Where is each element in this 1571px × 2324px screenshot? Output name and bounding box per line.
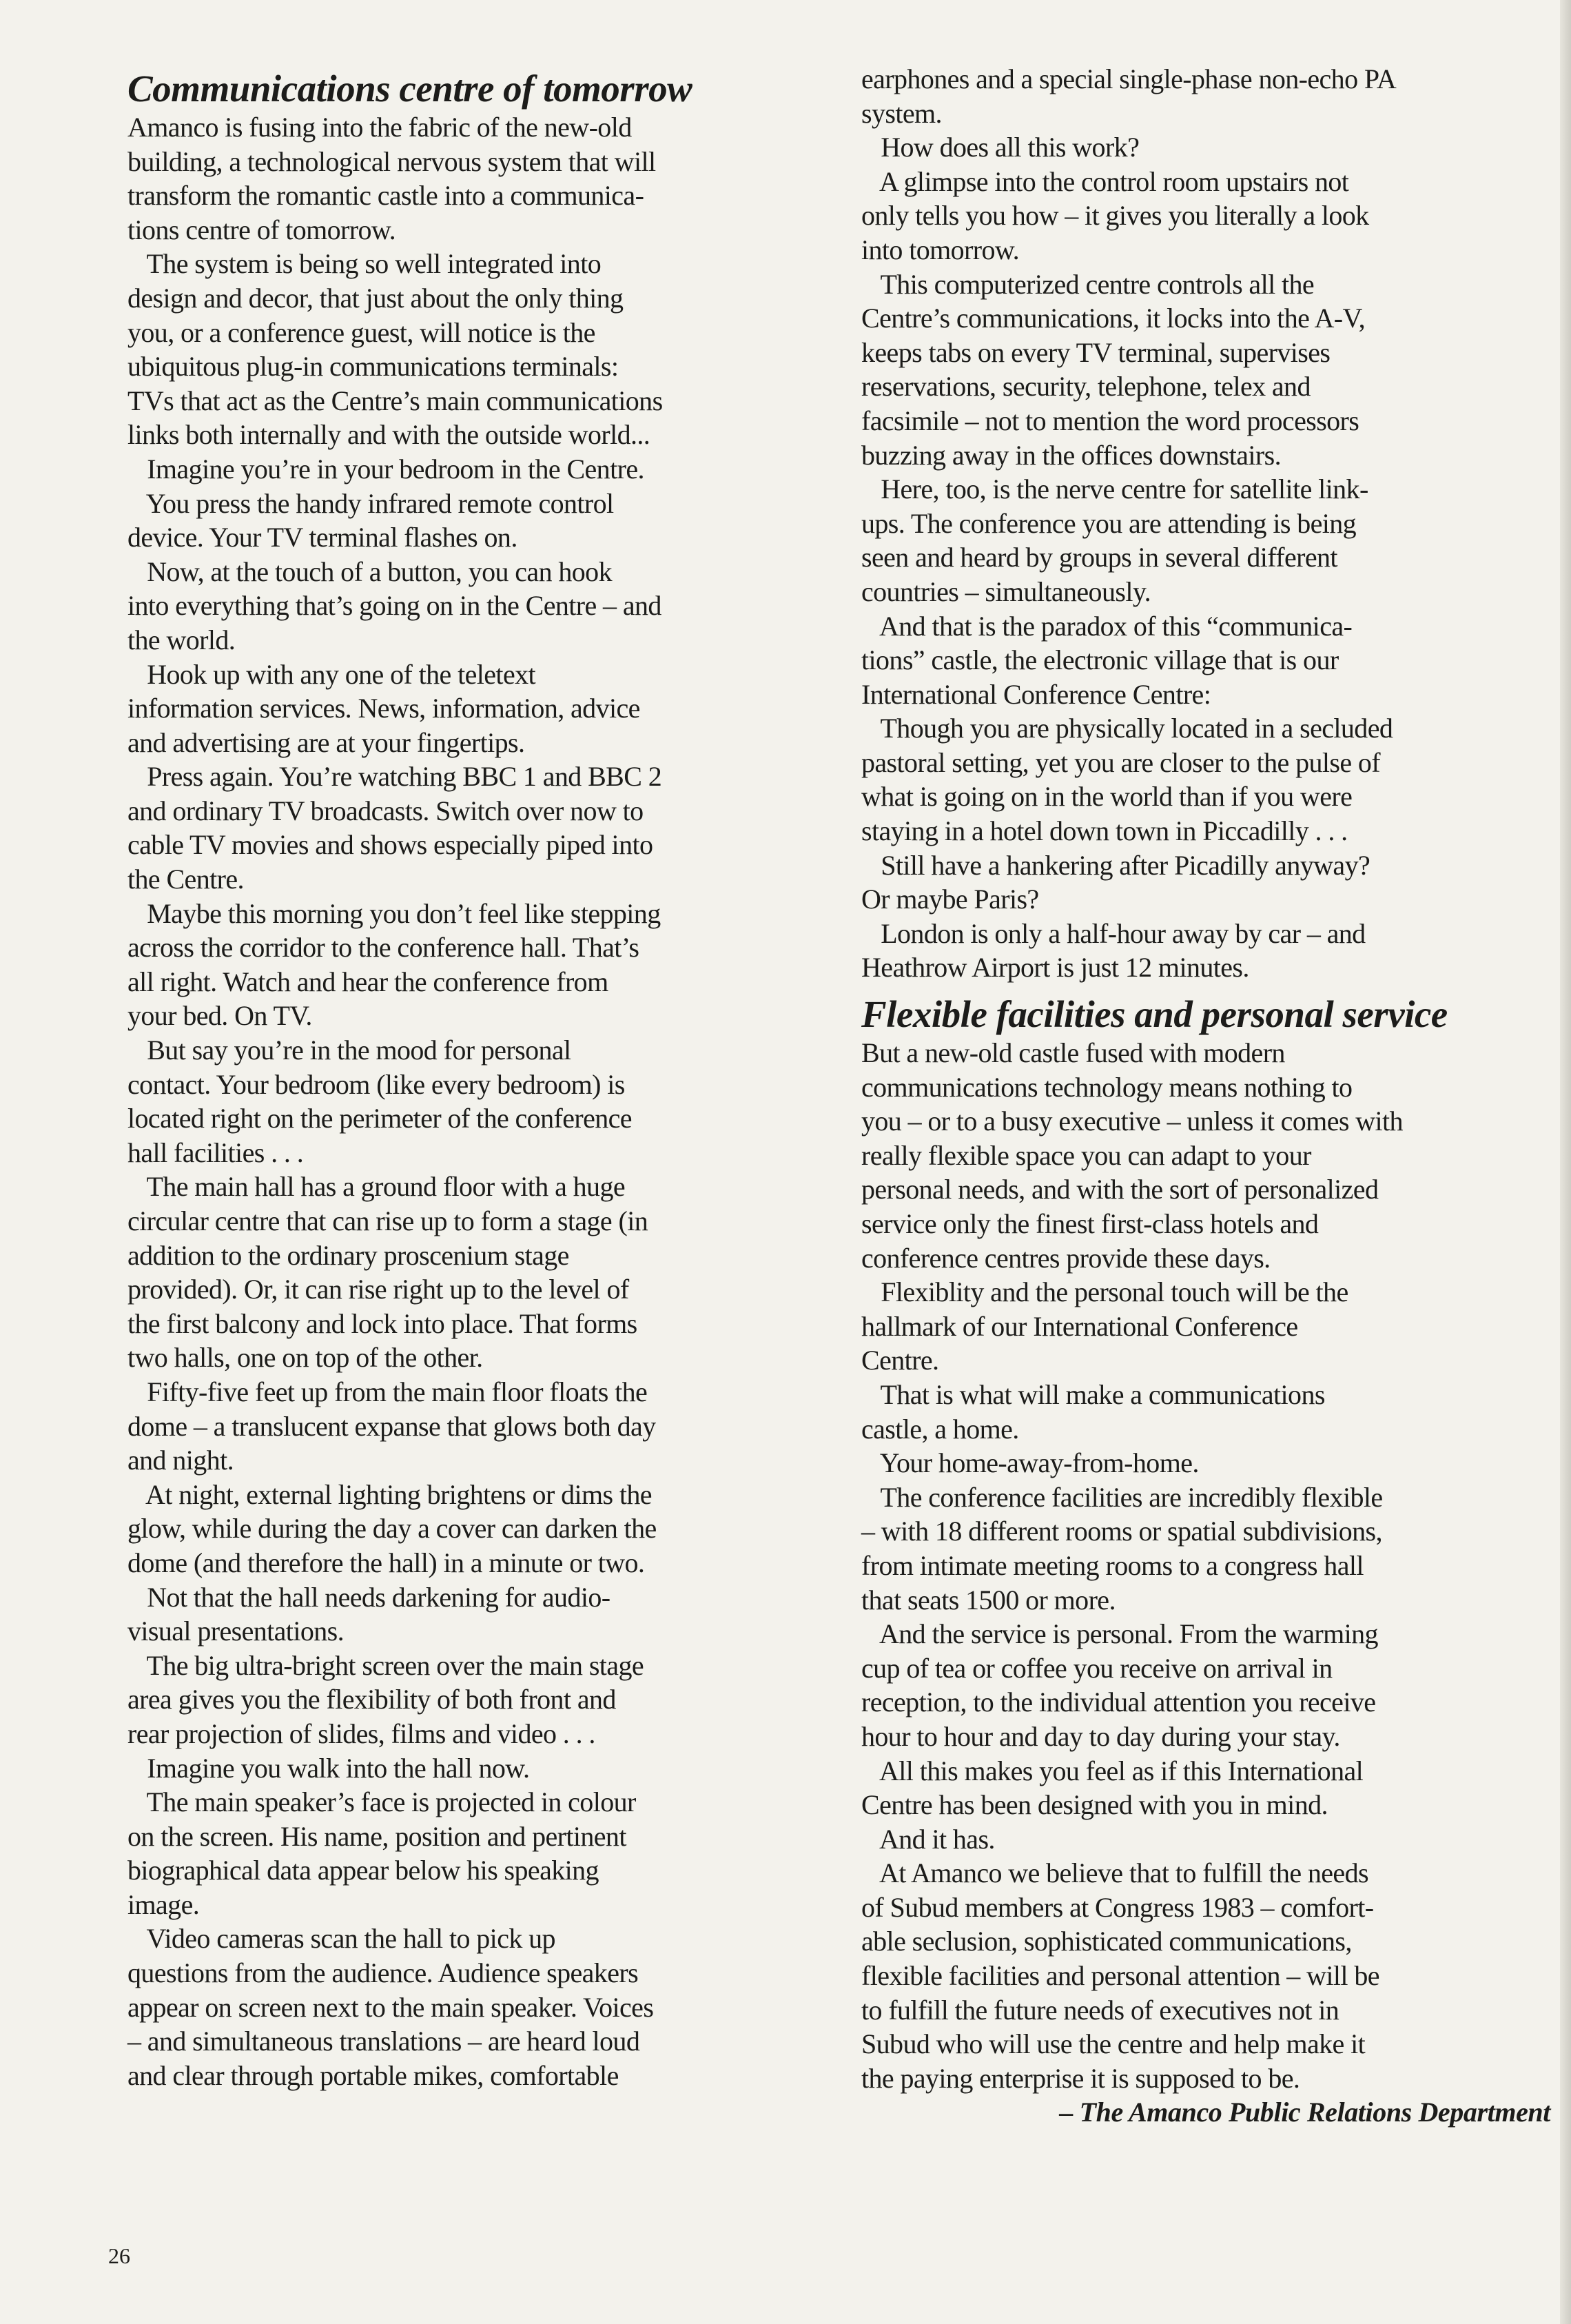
text-line: able seclusion, sophisticated communicat… (861, 1924, 1550, 1959)
text-line: appear on screen next to the main speake… (127, 1990, 823, 2025)
text-line: links both internally and with the outsi… (127, 418, 823, 452)
text-line: building, a technological nervous system… (127, 145, 823, 179)
text-line: rear projection of slides, films and vid… (127, 1717, 823, 1751)
text-line: earphones and a special single-phase non… (861, 62, 1550, 96)
text-line: Amanco is fusing into the fabric of the … (127, 110, 823, 145)
page-edge (1560, 0, 1571, 2324)
text-line: located right on the perimeter of the co… (127, 1101, 823, 1136)
text-line: to fulfill the future needs of executive… (861, 1993, 1550, 2028)
text-line: Still have a hankering after Picadilly a… (861, 848, 1550, 883)
section-heading-flexible-facilities: Flexible facilities and personal service (861, 993, 1550, 1036)
text-line: area gives you the flexibility of both f… (127, 1682, 823, 1717)
text-line: hall facilities . . . (127, 1136, 823, 1170)
text-line: London is only a half-hour away by car –… (861, 917, 1550, 951)
text-line: glow, while during the day a cover can d… (127, 1511, 823, 1546)
text-line: two halls, one on top of the other. (127, 1341, 823, 1375)
text-line: keeps tabs on every TV terminal, supervi… (861, 336, 1550, 370)
text-line: Imagine you walk into the hall now. (127, 1751, 823, 1786)
text-line: Centre has been designed with you in min… (861, 1788, 1550, 1822)
text-line: service only the finest first-class hote… (861, 1207, 1550, 1241)
text-line: seen and heard by groups in several diff… (861, 540, 1550, 575)
text-line: At night, external lighting brightens or… (127, 1478, 823, 1512)
text-line: and ordinary TV broadcasts. Switch over … (127, 794, 823, 828)
text-line: flexible facilities and personal attenti… (861, 1959, 1550, 1993)
text-line: hour to hour and day to day during your … (861, 1720, 1550, 1754)
text-line: biographical data appear below his speak… (127, 1853, 823, 1888)
text-line: That is what will make a communications (861, 1378, 1550, 1412)
text-line: Here, too, is the nerve centre for satel… (861, 472, 1550, 507)
text-line: Though you are physically located in a s… (861, 711, 1550, 746)
text-line: Centre’s communications, it locks into t… (861, 301, 1550, 336)
text-line: your bed. On TV. (127, 999, 823, 1033)
text-line: communications technology means nothing … (861, 1070, 1550, 1105)
text-line: across the corridor to the conference ha… (127, 930, 823, 965)
text-line: Your home-away-from-home. (861, 1446, 1550, 1480)
text-line: reception, to the individual attention y… (861, 1685, 1550, 1720)
text-line: dome (and therefore the hall) in a minut… (127, 1546, 823, 1580)
right-column-body-bottom: But a new-old castle fused with modernco… (861, 1036, 1550, 2095)
text-line: Maybe this morning you don’t feel like s… (127, 897, 823, 931)
section-heading-communications: Communications centre of tomorrow (127, 68, 823, 110)
text-line: pastoral setting, yet you are closer to … (861, 746, 1550, 780)
page-number: 26 (108, 2243, 130, 2269)
text-line: that seats 1500 or more. (861, 1583, 1550, 1618)
text-line: dome – a translucent expanse that glows … (127, 1409, 823, 1444)
text-line: International Conference Centre: (861, 677, 1550, 712)
text-line: The system is being so well integrated i… (127, 247, 823, 281)
text-line: buzzing away in the offices downstairs. (861, 438, 1550, 473)
text-line: Video cameras scan the hall to pick up (127, 1922, 823, 1956)
text-line: circular centre that can rise up to form… (127, 1204, 823, 1239)
text-line: How does all this work? (861, 130, 1550, 165)
text-line: facsimile – not to mention the word proc… (861, 404, 1550, 438)
text-line: Or maybe Paris? (861, 882, 1550, 917)
text-line: image. (127, 1888, 823, 1922)
text-line: transform the romantic castle into a com… (127, 179, 823, 213)
text-line: – and simultaneous translations – are he… (127, 2024, 823, 2059)
text-line: All this makes you feel as if this Inter… (861, 1754, 1550, 1788)
text-line: you, or a conference guest, will notice … (127, 316, 823, 350)
text-line: Hook up with any one of the teletext (127, 658, 823, 692)
text-line: the Centre. (127, 862, 823, 897)
left-column: Communications centre of tomorrow Amanco… (127, 68, 823, 2092)
text-line: And that is the paradox of this “communi… (861, 609, 1550, 644)
text-line: Not that the hall needs darkening for au… (127, 1580, 823, 1615)
text-line: And it has. (861, 1822, 1550, 1857)
text-line: personal needs, and with the sort of per… (861, 1172, 1550, 1207)
text-line: countries – simultaneously. (861, 575, 1550, 609)
text-line: provided). Or, it can rise right up to t… (127, 1272, 823, 1307)
text-line: addition to the ordinary proscenium stag… (127, 1239, 823, 1273)
text-line: Fifty-five feet up from the main floor f… (127, 1375, 823, 1409)
text-line: Now, at the touch of a button, you can h… (127, 555, 823, 589)
text-line: A glimpse into the control room upstairs… (861, 165, 1550, 199)
text-line: Flexiblity and the personal touch will b… (861, 1275, 1550, 1309)
text-line: The main speaker’s face is projected in … (127, 1785, 823, 1820)
text-line: The main hall has a ground floor with a … (127, 1170, 823, 1204)
text-line: cup of tea or coffee you receive on arri… (861, 1651, 1550, 1686)
text-line: information services. News, information,… (127, 691, 823, 726)
text-line: Subud who will use the centre and help m… (861, 2027, 1550, 2061)
right-column-body-top: earphones and a special single-phase non… (861, 62, 1550, 985)
text-line: staying in a hotel down town in Piccadil… (861, 814, 1550, 848)
text-line: TVs that act as the Centre’s main commun… (127, 384, 823, 418)
text-line: Heathrow Airport is just 12 minutes. (861, 950, 1550, 985)
text-line: on the screen. His name, position and pe… (127, 1820, 823, 1854)
text-line: reservations, security, telephone, telex… (861, 369, 1550, 404)
left-column-body: Amanco is fusing into the fabric of the … (127, 110, 823, 2092)
text-line: At Amanco we believe that to fulfill the… (861, 1856, 1550, 1890)
text-line: ubiquitous plug-in communications termin… (127, 349, 823, 384)
text-line: into tomorrow. (861, 233, 1550, 267)
text-line: tions” castle, the electronic village th… (861, 643, 1550, 677)
text-line: ups. The conference you are attending is… (861, 507, 1550, 541)
text-line: all right. Watch and hear the conference… (127, 965, 823, 999)
text-line: The big ultra-bright screen over the mai… (127, 1649, 823, 1683)
text-line: Centre. (861, 1343, 1550, 1378)
text-line: hallmark of our International Conference (861, 1309, 1550, 1344)
text-line: And the service is personal. From the wa… (861, 1617, 1550, 1651)
text-line: questions from the audience. Audience sp… (127, 1956, 823, 1990)
text-line: really flexible space you can adapt to y… (861, 1139, 1550, 1173)
text-line: the paying enterprise it is supposed to … (861, 2061, 1550, 2096)
text-line: the first balcony and lock into place. T… (127, 1307, 823, 1341)
text-line: castle, a home. (861, 1412, 1550, 1447)
text-line: system. (861, 96, 1550, 131)
text-line: the world. (127, 623, 823, 658)
text-line: conference centres provide these days. (861, 1241, 1550, 1276)
text-line: contact. Your bedroom (like every bedroo… (127, 1068, 823, 1102)
text-line: device. Your TV terminal flashes on. (127, 520, 823, 555)
text-line: visual presentations. (127, 1614, 823, 1649)
text-line: and night. (127, 1443, 823, 1478)
text-line: of Subud members at Congress 1983 – comf… (861, 1890, 1550, 1925)
text-line: But a new-old castle fused with modern (861, 1036, 1550, 1070)
text-line: tions centre of tomorrow. (127, 213, 823, 247)
text-line: design and decor, that just about the on… (127, 281, 823, 316)
text-line: and advertising are at your fingertips. (127, 726, 823, 760)
text-line: Imagine you’re in your bedroom in the Ce… (127, 452, 823, 487)
text-line: But say you’re in the mood for personal (127, 1033, 823, 1068)
text-line: and clear through portable mikes, comfor… (127, 2059, 823, 2093)
text-line: Press again. You’re watching BBC 1 and B… (127, 760, 823, 794)
right-column: earphones and a special single-phase non… (861, 62, 1550, 2130)
signature-byline: – The Amanco Public Relations Department (861, 2095, 1550, 2130)
text-line: you – or to a busy executive – unless it… (861, 1104, 1550, 1139)
text-line: into everything that’s going on in the C… (127, 589, 823, 623)
text-line: The conference facilities are incredibly… (861, 1480, 1550, 1515)
text-line: only tells you how – it gives you litera… (861, 198, 1550, 233)
text-line: from intimate meeting rooms to a congres… (861, 1549, 1550, 1583)
text-line: – with 18 different rooms or spatial sub… (861, 1514, 1550, 1549)
text-line: This computerized centre controls all th… (861, 267, 1550, 302)
text-line: what is going on in the world than if yo… (861, 779, 1550, 814)
text-line: You press the handy infrared remote cont… (127, 487, 823, 521)
text-line: cable TV movies and shows especially pip… (127, 828, 823, 862)
